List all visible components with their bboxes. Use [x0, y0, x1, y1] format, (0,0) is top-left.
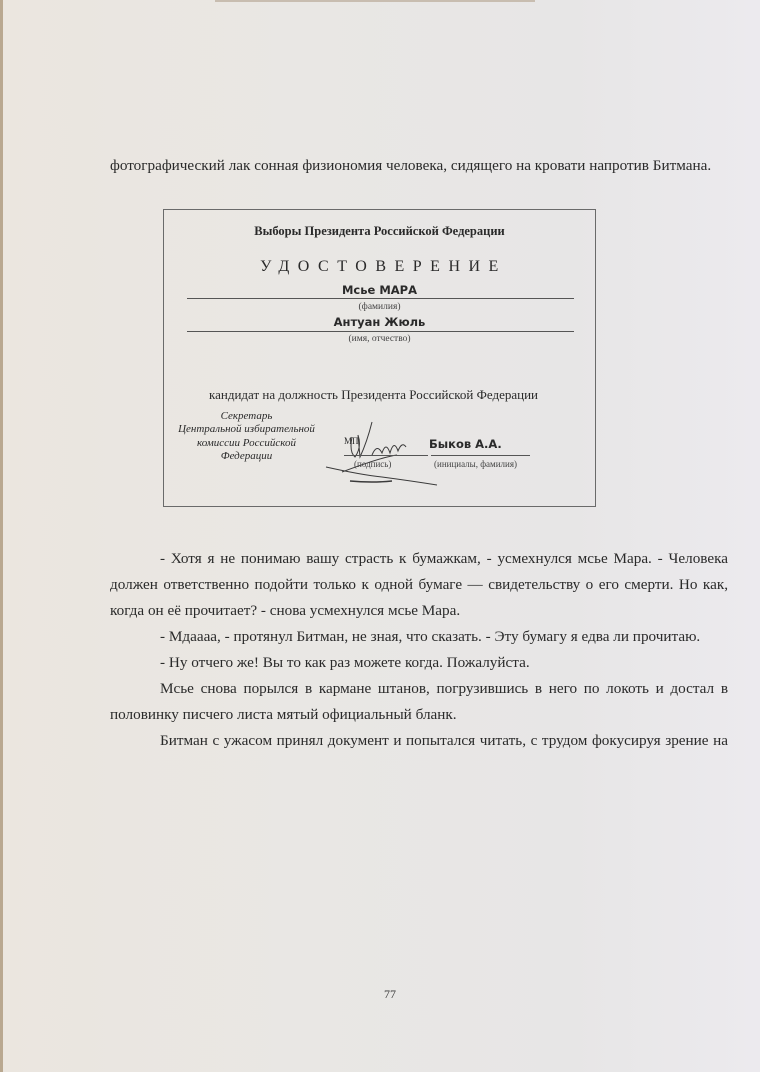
paragraph-line: - Ну отчего же! Вы то как раз можете ког… — [160, 655, 530, 670]
surname-caption: (фамилия) — [164, 302, 595, 312]
paragraph-line: Мсье снова порылся в кармане штанов, пог… — [160, 681, 728, 696]
page-number: 77 — [0, 987, 760, 1002]
paragraph-line: - Хотя я не понимаю вашу страсть к бумаж… — [160, 551, 728, 566]
text-line-intro: фотографический лак сонная физиономия че… — [110, 158, 711, 173]
paragraph-line: половинку писчего листа мятый официальны… — [110, 707, 457, 722]
name-rule — [187, 331, 574, 332]
name-caption: (имя, отчество) — [164, 334, 595, 344]
signature-rule — [344, 455, 428, 456]
page-shadow — [215, 0, 535, 2]
paragraph-line: Битман с ужасом принял документ и попыта… — [160, 733, 728, 748]
signer-rule — [431, 455, 530, 456]
secretary-line: Федерации — [164, 450, 329, 463]
paragraph-line: когда он её прочитает? - снова усмехнулс… — [110, 603, 460, 618]
signature-caption: (подпись) — [354, 459, 391, 469]
certificate-name: Антуан Жюль — [164, 315, 595, 329]
paragraph-line: должен ответственно подойти только к одн… — [110, 577, 728, 592]
signer-name: Быков А.А. — [429, 437, 502, 451]
certificate-title: Выборы Президента Российской Федерации — [164, 224, 595, 239]
candidate-text: кандидат на должность Президента Российс… — [209, 387, 538, 403]
secretary-block: Секретарь Центральной избирательной коми… — [164, 410, 329, 463]
page-edge — [0, 0, 3, 1072]
signature-icon — [322, 417, 462, 497]
certificate-box: Выборы Президента Российской Федерации У… — [163, 209, 596, 507]
signer-caption: (инициалы, фамилия) — [434, 459, 517, 469]
secretary-line: Центральной избирательной — [164, 423, 329, 436]
secretary-line: комиссии Российской — [164, 437, 329, 450]
certificate-surname: Мсье МАРА — [164, 283, 595, 297]
secretary-line: Секретарь — [164, 410, 329, 423]
certificate-heading: УДОСТОВЕРЕНИЕ — [164, 258, 595, 276]
surname-rule — [187, 298, 574, 299]
paragraph-line: - Мдаааа, - протянул Битман, не зная, чт… — [160, 629, 700, 644]
